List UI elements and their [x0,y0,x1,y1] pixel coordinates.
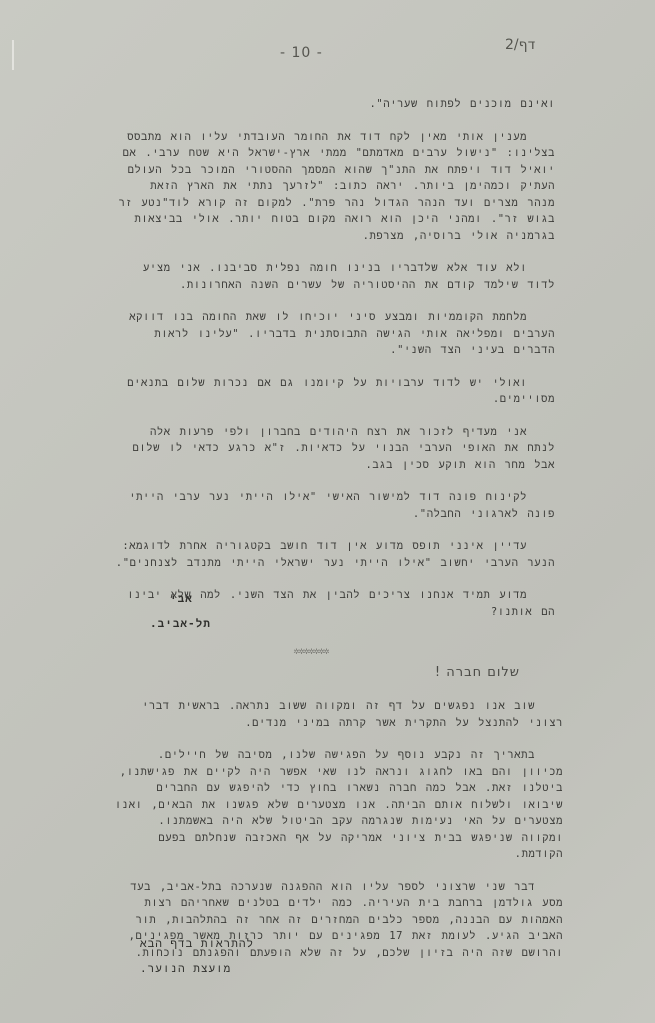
paragraph: עדיין אינני תופס מדוע אין דוד חושב בקטגו… [115,538,555,571]
section-divider: ✲✲✲✲✲✲✲ [283,646,339,657]
page-number: - 10 - [280,45,323,61]
signature-name: אבי [170,592,193,606]
signature-place: תל-אביב. [150,617,211,631]
closing-line: להתראות בדף הבא [140,937,254,951]
paragraph: מענין אותי מאין לקח דוד את החומר העובדתי… [115,129,555,245]
paragraph: שוב אנו נפגשים על דף זה ומקווה ששוב נתרא… [113,698,563,731]
paragraph: אני מעדיף לזכור את רצח היהודים בחברון ול… [115,424,555,474]
closing-signature: מועצת הנוער. [140,962,231,976]
document-page: - 10 - דף/2 ואינם מוכנים לפתוח שעריה". מ… [0,0,655,1023]
sheet-label: דף/2 [505,37,535,53]
paragraph: ואולי יש לדוד ערבויות על קיומנו גם אם נכ… [115,375,555,408]
paragraph: ואינם מוכנים לפתוח שעריה". [115,96,555,113]
section-council-body: שוב אנו נפגשים על דף זה ומקווה ששוב נתרא… [113,698,563,977]
paper-edge-mark [12,40,14,70]
paragraph: מלחמת הקוממיות ומבצע סיני יוכיחו לו שאת … [115,309,555,359]
greeting: שלום חברה ! [435,665,520,680]
paragraph: בתאריך זה נקבע נוסף על הפגישה שלנו, מסיב… [113,747,563,863]
paragraph: ולא עוד אלא שלדבריו בנינו חומה נפלית סבי… [115,260,555,293]
section-letter-body: ואינם מוכנים לפתוח שעריה". מענין אותי מא… [115,96,555,636]
paragraph: לקינוח פונה דוד למישור האישי "אילו הייתי… [115,489,555,522]
